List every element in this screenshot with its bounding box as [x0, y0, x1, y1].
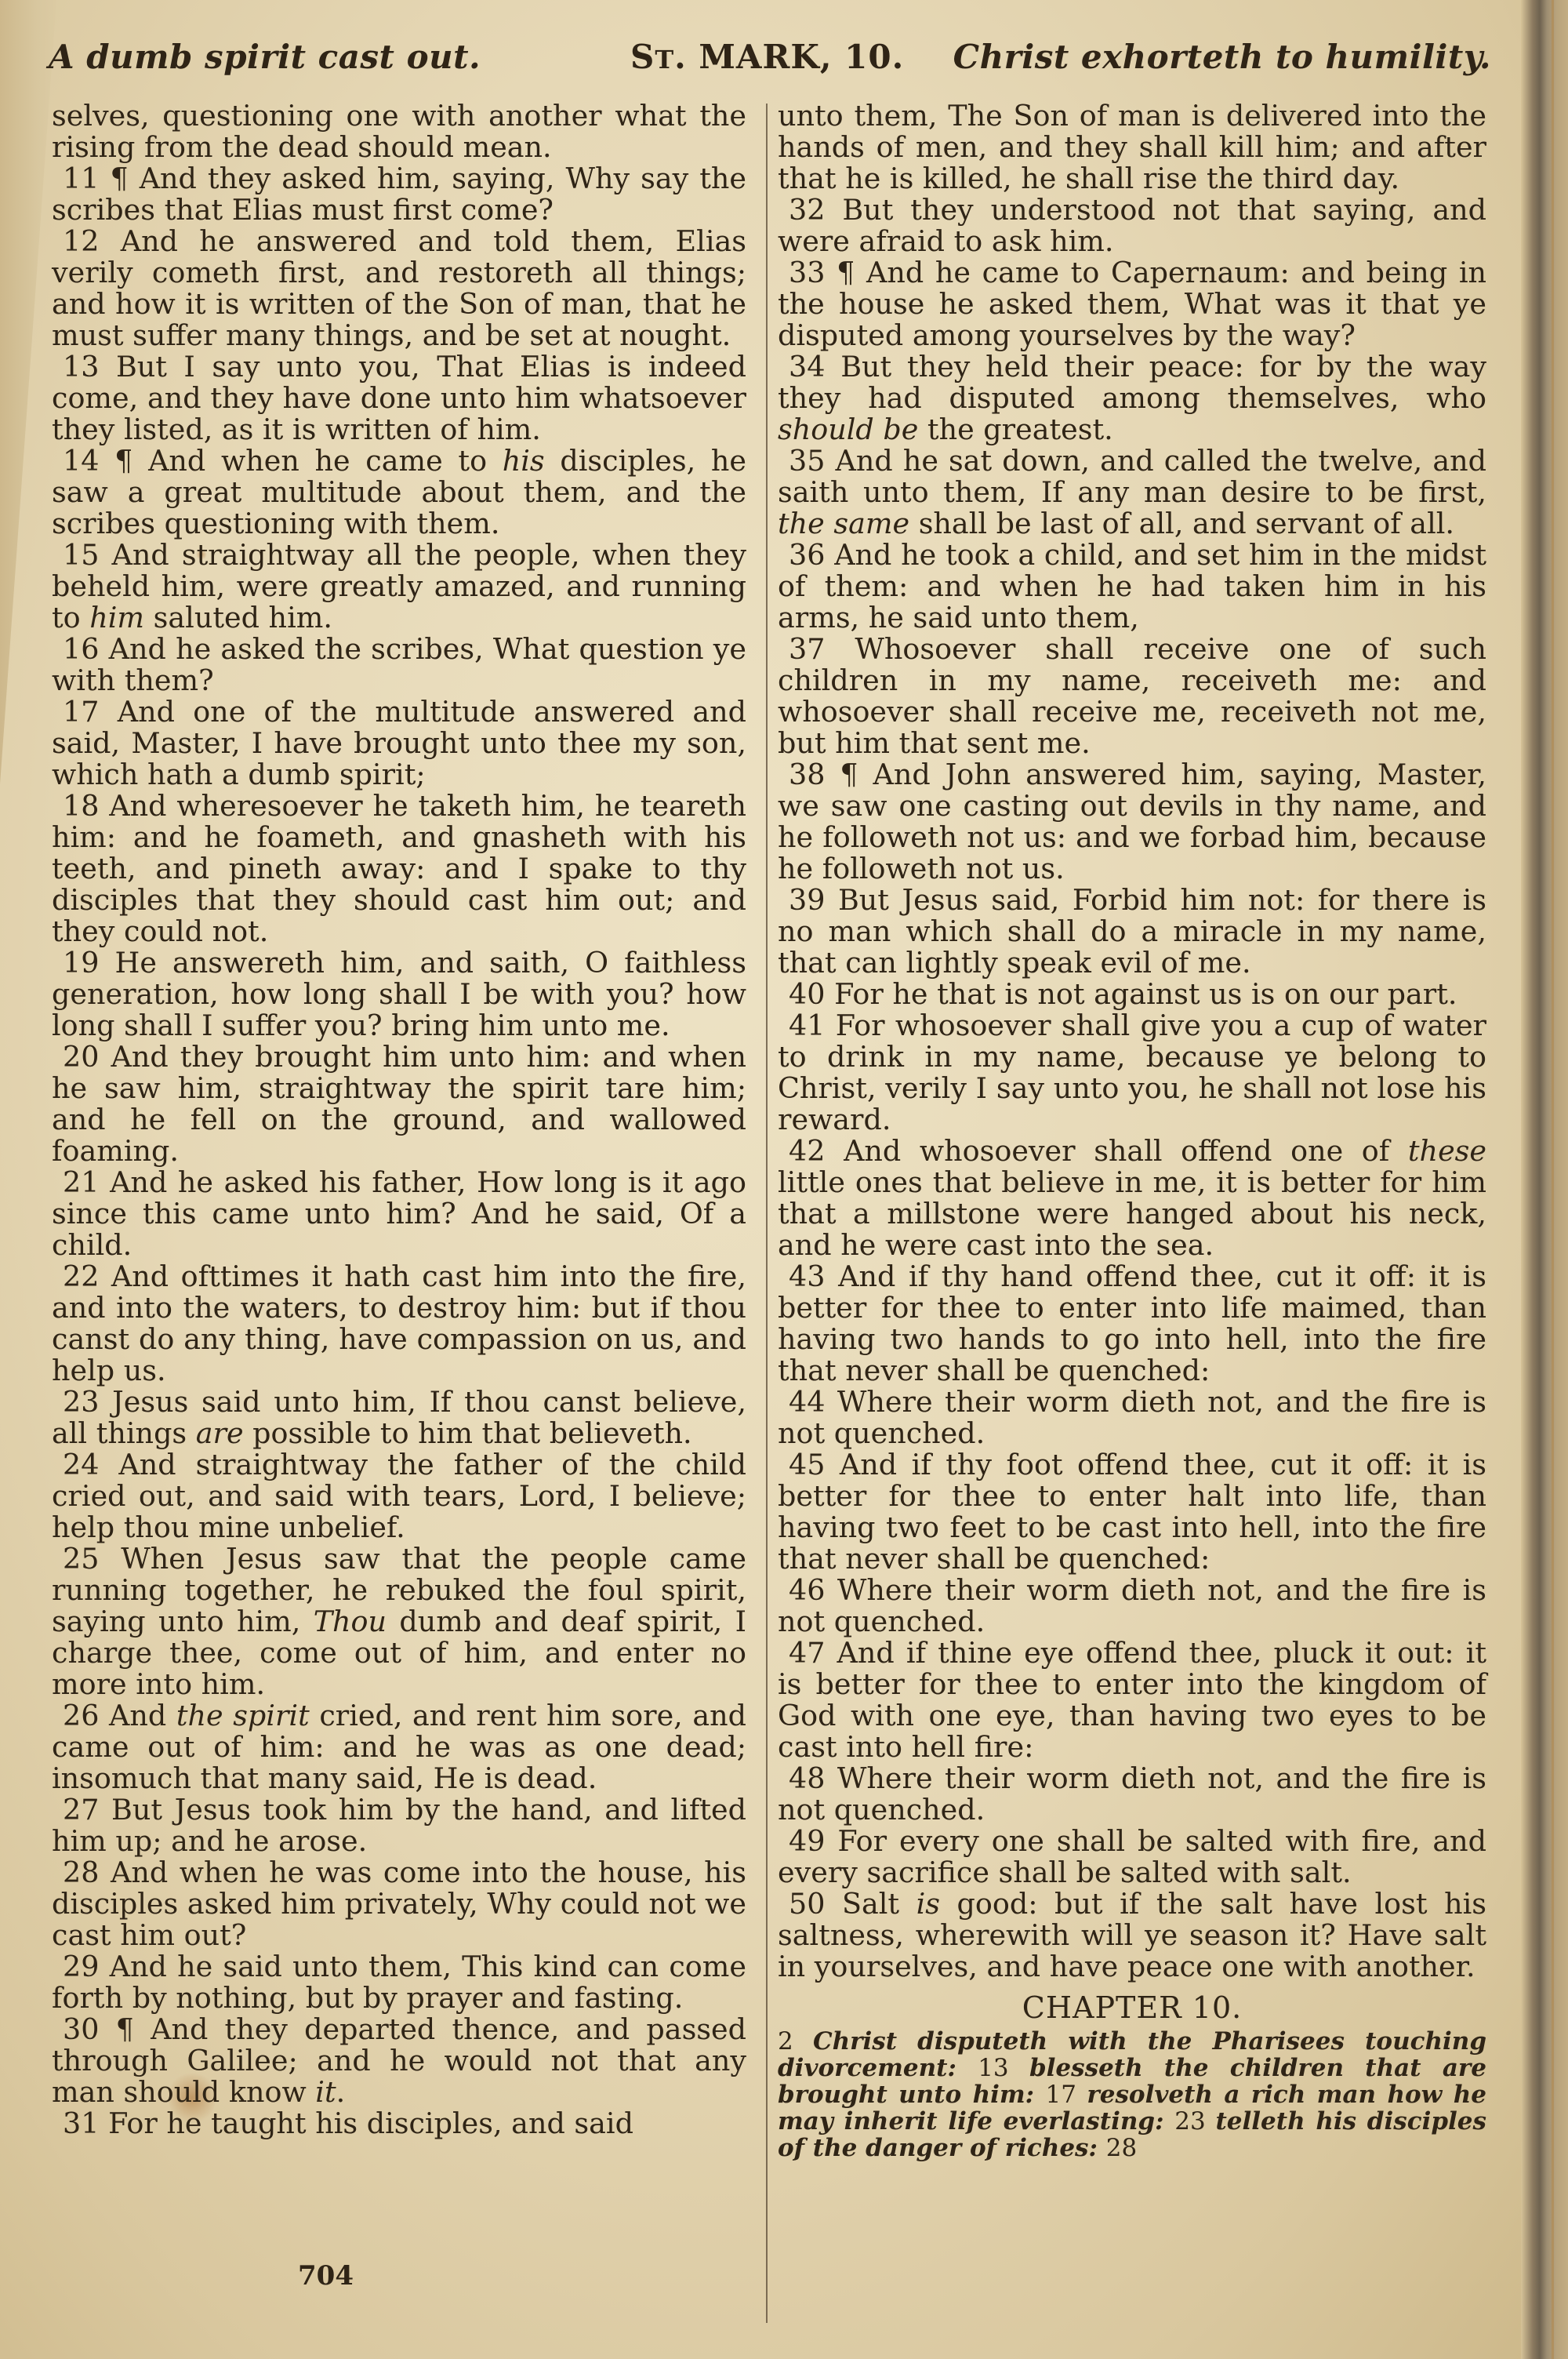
verse-text: And John answered him, saying, Master, w…	[778, 758, 1486, 885]
verse-text: But Jesus took him by the hand, and lift…	[52, 1793, 746, 1858]
summary-verse-ref: 17	[1046, 2081, 1087, 2109]
italic-supplied-word: it	[315, 2075, 336, 2109]
verse-text: For he taught his disciples, and said	[108, 2106, 633, 2140]
verse-number: 42	[789, 1134, 825, 1168]
verse-text: And he answered and told them, Elias ver…	[52, 224, 746, 352]
verse-text: And if thy foot offend thee, cut it off:…	[778, 1448, 1486, 1576]
verse-number: 32	[789, 193, 825, 227]
verse-text: Salt	[842, 1887, 916, 1921]
verse-number: 46	[789, 1573, 825, 1607]
verse-21: 21 And he asked his father, How long is …	[52, 1167, 746, 1261]
italic-supplied-word: should be	[778, 413, 918, 446]
verse-44: 44 Where their worm dieth not, and the f…	[778, 1387, 1486, 1449]
verse-text: And straightway the father of the child …	[52, 1448, 746, 1544]
italic-supplied-word: the spirit	[176, 1699, 310, 1732]
verse-number: 50	[789, 1887, 825, 1921]
verse-22: 22 And ofttimes it hath cast him into th…	[52, 1261, 746, 1387]
verse-number: 20	[63, 1040, 99, 1074]
verse-number: 48	[789, 1761, 825, 1795]
verse-number: 34	[789, 350, 825, 383]
verse-number: 19	[63, 946, 99, 980]
verse-text: the greatest.	[918, 413, 1112, 446]
verse-31: 31 For he taught his disciples, and said	[52, 2108, 746, 2139]
verse-text: But they held their peace: for by the wa…	[778, 350, 1486, 415]
verse-text: But they understood not that saying, and…	[778, 193, 1486, 258]
pilcrow-icon: ¶	[840, 758, 858, 791]
verse-47: 47 And if thine eye offend thee, pluck i…	[778, 1637, 1486, 1763]
verse-text: little ones that believe in me, it is be…	[778, 1165, 1486, 1262]
verse-number: 11	[63, 162, 99, 195]
italic-supplied-word: is	[916, 1887, 940, 1921]
book-chapter: . MARK, 10.	[674, 38, 904, 76]
verse-number: 23	[63, 1385, 99, 1419]
verse-text: But I say unto you, That Elias is indeed…	[52, 350, 746, 446]
running-title-right: Christ exhorteth to humility.	[953, 38, 1491, 76]
verse-43: 43 And if thy hand offend thee, cut it o…	[778, 1261, 1486, 1387]
verse-36: 36 And he took a child, and set him in t…	[778, 540, 1486, 634]
verse-text: And when he was come into the house, his…	[52, 1856, 746, 1952]
left-text-column: selves, questioning one with another wha…	[52, 100, 746, 2139]
verse-number: 24	[63, 1448, 99, 1481]
verse-number: 38	[789, 758, 825, 791]
verse-number: 30	[63, 2012, 99, 2046]
verse-37: 37 Whosoever shall receive one of such c…	[778, 634, 1486, 759]
book-spine-edge	[1521, 0, 1568, 2359]
right-text-column: unto them, The Son of man is delivered i…	[778, 100, 1486, 2161]
verse-number: 49	[789, 1824, 825, 1858]
summary-verse-ref: 2	[778, 2027, 813, 2055]
verse-number: 14	[63, 444, 99, 478]
right-verses: unto them, The Son of man is delivered i…	[778, 100, 1486, 1983]
verse-29: 29 And he said unto them, This kind can …	[52, 1951, 746, 2014]
verse-text: And whosoever shall offend one of	[844, 1134, 1408, 1168]
verse-text: For every one shall be salted with fire,…	[778, 1824, 1486, 1889]
verse-19: 19 He answereth him, and saith, O faithl…	[52, 947, 746, 1041]
verse-33: 33 ¶ And he came to Capernaum: and being…	[778, 257, 1486, 351]
verse-text: And they departed thence, and passed thr…	[52, 2012, 746, 2109]
running-header: A dumb spirit cast out. ST. MARK, 10. Ch…	[49, 38, 1491, 93]
verse-number: 39	[789, 883, 825, 917]
verse-46: 46 Where their worm dieth not, and the f…	[778, 1575, 1486, 1637]
verse-48: 48 Where their worm dieth not, and the f…	[778, 1763, 1486, 1826]
verse-50: 50 Salt is good: but if the salt have lo…	[778, 1888, 1486, 1983]
summary-verse-ref: 28	[1106, 2134, 1137, 2162]
verse-number: 31	[63, 2106, 99, 2140]
verse-42: 42 And whosoever shall offend one of the…	[778, 1136, 1486, 1261]
pilcrow-icon: ¶	[837, 256, 855, 289]
pilcrow-icon: ¶	[114, 444, 132, 478]
verse-text: And ofttimes it hath cast him into the f…	[52, 1259, 746, 1387]
verse-number: 18	[63, 789, 99, 823]
spine-shadow-line	[1552, 0, 1554, 2359]
verse-number: 17	[63, 695, 99, 729]
verse-number: 43	[789, 1259, 825, 1293]
verse-17: 17 And one of the multitude answered and…	[52, 696, 746, 791]
verse-text: Where their worm dieth not, and the fire…	[778, 1761, 1486, 1826]
verse-text: And he sat down, and called the twelve, …	[778, 444, 1486, 509]
page-number: 704	[298, 2260, 354, 2292]
verse-text: And he asked the scribes, What question …	[52, 632, 746, 697]
verse-26: 26 And the spirit cried, and rent him so…	[52, 1700, 746, 1794]
verse-number: 35	[789, 444, 825, 478]
verse-text: And he took a child, and set him in the …	[778, 538, 1486, 634]
verse-continuation: unto them, The Son of man is delivered i…	[778, 100, 1486, 194]
verse-12: 12 And he answered and told them, Elias …	[52, 226, 746, 351]
verse-number: 25	[63, 1542, 99, 1576]
verse-text: And	[109, 1699, 176, 1732]
verse-16: 16 And he asked the scribes, What questi…	[52, 634, 746, 696]
pilcrow-icon: ¶	[116, 2012, 134, 2046]
verse-text: saluted him.	[144, 601, 332, 634]
verse-text: And if thy hand offend thee, cut it off:…	[778, 1259, 1486, 1387]
verse-number: 16	[63, 632, 99, 666]
verse-text: selves, questioning one with another wha…	[52, 99, 746, 164]
verse-text: And they brought him unto him: and when …	[52, 1040, 746, 1168]
verse-18: 18 And wheresoever he taketh him, he tea…	[52, 791, 746, 947]
summary-verse-ref: 13	[978, 2054, 1029, 2082]
verse-text: Where their worm dieth not, and the fire…	[778, 1385, 1486, 1450]
verse-text: And he said unto them, This kind can com…	[52, 1950, 746, 2015]
running-title-left: A dumb spirit cast out.	[49, 38, 481, 76]
chapter-summary: 2 Christ disputeth with the Pharisees to…	[778, 2028, 1486, 2161]
verse-20: 20 And they brought him unto him: and wh…	[52, 1041, 746, 1167]
verse-number: 37	[789, 632, 825, 666]
verse-38: 38 ¶ And John answered him, saying, Mast…	[778, 759, 1486, 885]
verse-text: shall be last of all, and servant of all…	[909, 507, 1454, 540]
verse-text: Whosoever shall receive one of such chil…	[778, 632, 1486, 760]
verse-text: For he that is not against us is on our …	[834, 977, 1457, 1011]
verse-32: 32 But they understood not that saying, …	[778, 194, 1486, 257]
chapter-heading: CHAPTER 10.	[778, 1990, 1486, 2025]
verse-continuation: selves, questioning one with another wha…	[52, 100, 746, 163]
verse-30: 30 ¶ And they departed thence, and passe…	[52, 2014, 746, 2108]
verse-text: And he asked his father, How long is it …	[52, 1165, 746, 1262]
verse-number: 13	[63, 350, 99, 383]
verse-number: 41	[789, 1009, 825, 1042]
verse-number: 21	[63, 1165, 99, 1199]
verse-number: 27	[63, 1793, 99, 1826]
verse-number: 12	[63, 224, 99, 258]
verse-24: 24 And straightway the father of the chi…	[52, 1449, 746, 1543]
column-divider	[766, 104, 768, 2323]
verse-number: 36	[789, 538, 825, 572]
verse-number: 29	[63, 1950, 99, 1983]
italic-supplied-word: him	[89, 601, 144, 634]
verse-text: And when he came to	[148, 444, 503, 478]
italic-supplied-word: the same	[778, 507, 909, 540]
verse-text: For whosoever shall give you a cup of wa…	[778, 1009, 1486, 1136]
verse-text: possible to him that believeth.	[244, 1416, 692, 1450]
verse-28: 28 And when he was come into the house, …	[52, 1857, 746, 1951]
italic-supplied-word: his	[503, 444, 545, 478]
verse-13: 13 But I say unto you, That Elias is ind…	[52, 351, 746, 445]
verse-number: 33	[789, 256, 825, 289]
verse-text: .	[336, 2075, 346, 2109]
italic-supplied-word: these	[1408, 1134, 1486, 1168]
verse-text: And one of the multitude answered and sa…	[52, 695, 746, 791]
verse-45: 45 And if thy foot offend thee, cut it o…	[778, 1449, 1486, 1575]
verse-text: And if thine eye offend thee, pluck it o…	[778, 1636, 1486, 1764]
verse-number: 26	[63, 1699, 99, 1732]
verse-11: 11 ¶ And they asked him, saying, Why say…	[52, 163, 746, 226]
verse-27: 27 But Jesus took him by the hand, and l…	[52, 1794, 746, 1857]
verse-35: 35 And he sat down, and called the twelv…	[778, 445, 1486, 540]
verse-34: 34 But they held their peace: for by the…	[778, 351, 1486, 445]
verse-14: 14 ¶ And when he came to his disciples, …	[52, 445, 746, 540]
verse-number: 15	[63, 538, 99, 572]
summary-verse-ref: 23	[1174, 2107, 1215, 2135]
verse-40: 40 For he that is not against us is on o…	[778, 979, 1486, 1010]
verse-text: He answereth him, and saith, O faithless…	[52, 946, 746, 1042]
verse-text: Where their worm dieth not, and the fire…	[778, 1573, 1486, 1638]
verse-49: 49 For every one shall be salted with fi…	[778, 1826, 1486, 1888]
verse-text: But Jesus said, Forbid him not: for ther…	[778, 883, 1486, 980]
verse-15: 15 And straightway all the people, when …	[52, 540, 746, 634]
verse-number: 40	[789, 977, 825, 1011]
book-chapter-heading: ST. MARK, 10.	[630, 38, 904, 76]
verse-number: 45	[789, 1448, 825, 1481]
verse-41: 41 For whosoever shall give you a cup of…	[778, 1010, 1486, 1136]
verse-number: 28	[63, 1856, 99, 1889]
verse-number: 44	[789, 1385, 825, 1419]
italic-supplied-word: are	[196, 1416, 244, 1450]
italic-supplied-word: Thou	[314, 1605, 387, 1638]
verse-text: And wheresoever he taketh him, he tearet…	[52, 789, 746, 948]
verse-23: 23 Jesus said unto him, If thou canst be…	[52, 1387, 746, 1449]
book-initial-small: T	[655, 45, 674, 75]
verse-number: 22	[63, 1259, 99, 1293]
book-initial: S	[630, 38, 655, 76]
verse-39: 39 But Jesus said, Forbid him not: for t…	[778, 885, 1486, 979]
verse-text: And they asked him, saying, Why say the …	[52, 162, 746, 227]
verse-text: unto them, The Son of man is delivered i…	[778, 99, 1486, 195]
verse-25: 25 When Jesus saw that the people came r…	[52, 1543, 746, 1700]
verse-number: 47	[789, 1636, 825, 1670]
pilcrow-icon: ¶	[110, 162, 128, 195]
verse-text: And he came to Capernaum: and being in t…	[778, 256, 1486, 352]
